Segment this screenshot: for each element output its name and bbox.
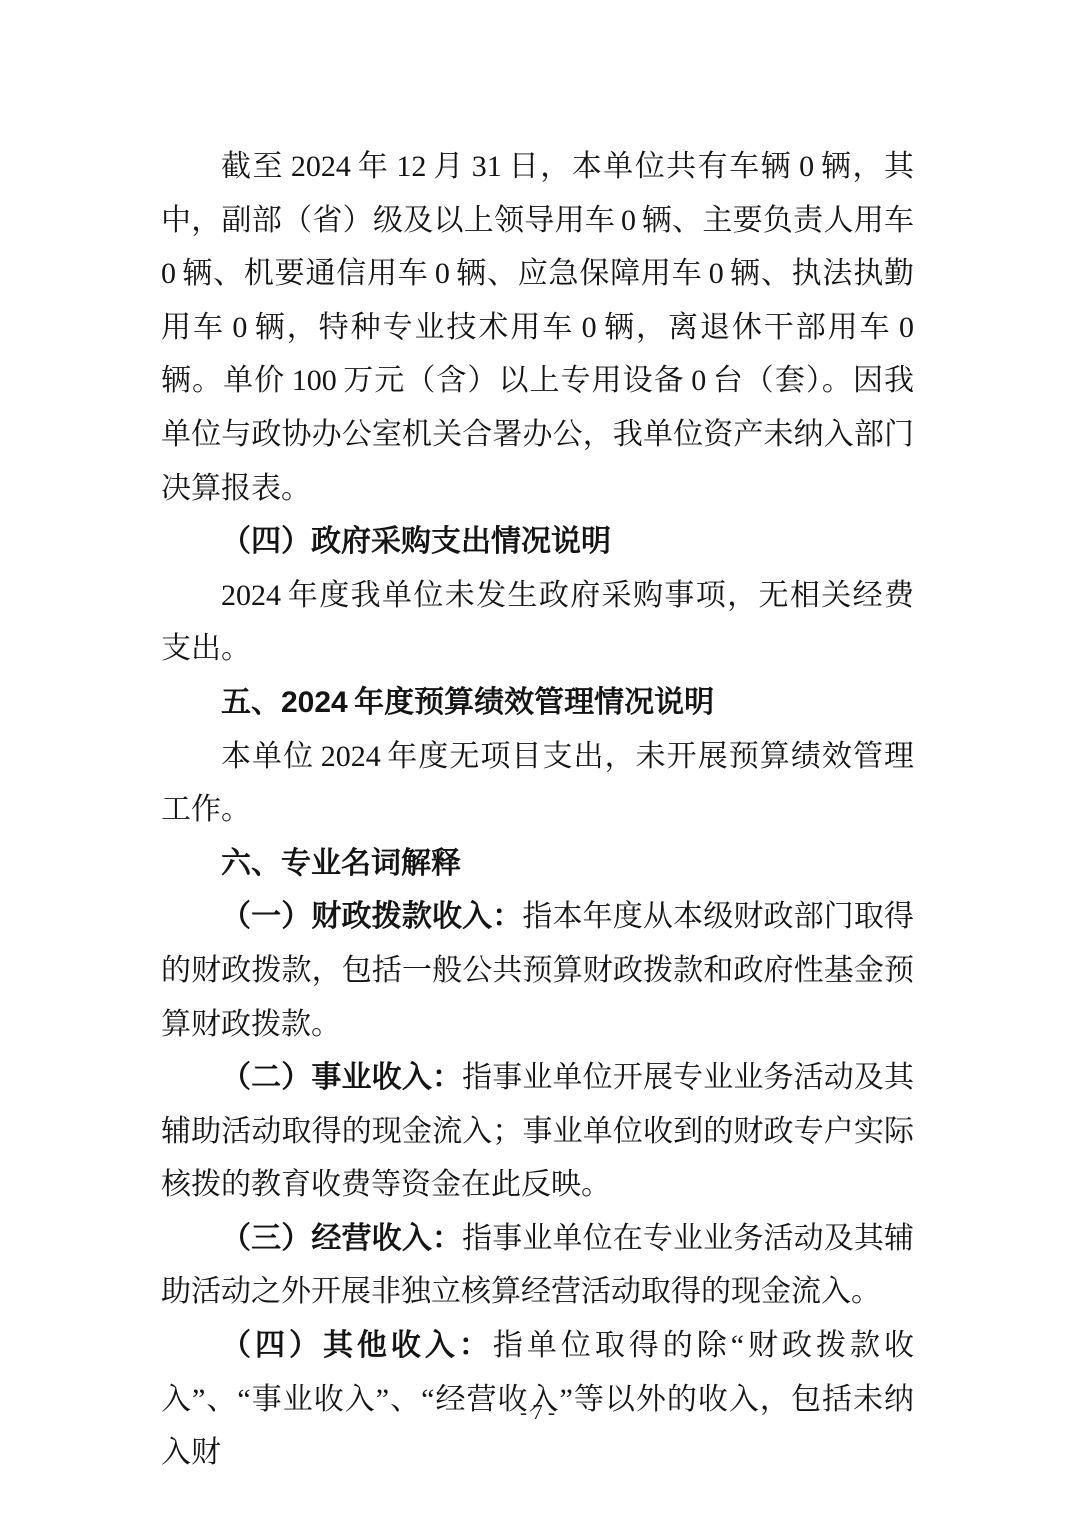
paragraph-procurement: 2024 年度我单位未发生政府采购事项，无相关经费支出。 xyxy=(161,569,914,676)
heading-performance: 五、2024 年度预算绩效管理情况说明 xyxy=(161,676,914,730)
paragraph-performance: 本单位 2024 年度无项目支出，未开展预算绩效管理工作。 xyxy=(161,730,914,837)
heading-procurement: （四）政府采购支出情况说明 xyxy=(161,515,914,569)
paragraph-vehicles: 截至 2024 年 12 月 31 日，本单位共有车辆 0 辆，其中，副部（省）… xyxy=(161,140,914,515)
term-lead: （四）其他收入： xyxy=(221,1329,493,1362)
page-number: - 7 - xyxy=(0,1398,1075,1426)
term-lead: （一）财政拨款收入： xyxy=(221,900,522,933)
document-page: 截至 2024 年 12 月 31 日，本单位共有车辆 0 辆，其中，副部（省）… xyxy=(0,0,1075,1520)
term-fiscal-appropriation-income: （一）财政拨款收入：指本年度从本级财政部门取得的财政拨款，包括一般公共预算财政拨… xyxy=(161,890,914,1051)
heading-glossary: 六、专业名词解释 xyxy=(161,837,914,891)
term-lead: （三）经营收入： xyxy=(221,1222,462,1255)
term-business-income: （三）经营收入：指事业单位在专业业务活动及其辅助活动之外开展非独立核算经营活动取… xyxy=(161,1212,914,1319)
document-body: 截至 2024 年 12 月 31 日，本单位共有车辆 0 辆，其中，副部（省）… xyxy=(161,140,914,1480)
term-lead: （二）事业收入： xyxy=(221,1061,462,1094)
term-operating-income-institution: （二）事业收入：指事业单位开展专业业务活动及其辅助活动取得的现金流入；事业单位收… xyxy=(161,1051,914,1212)
